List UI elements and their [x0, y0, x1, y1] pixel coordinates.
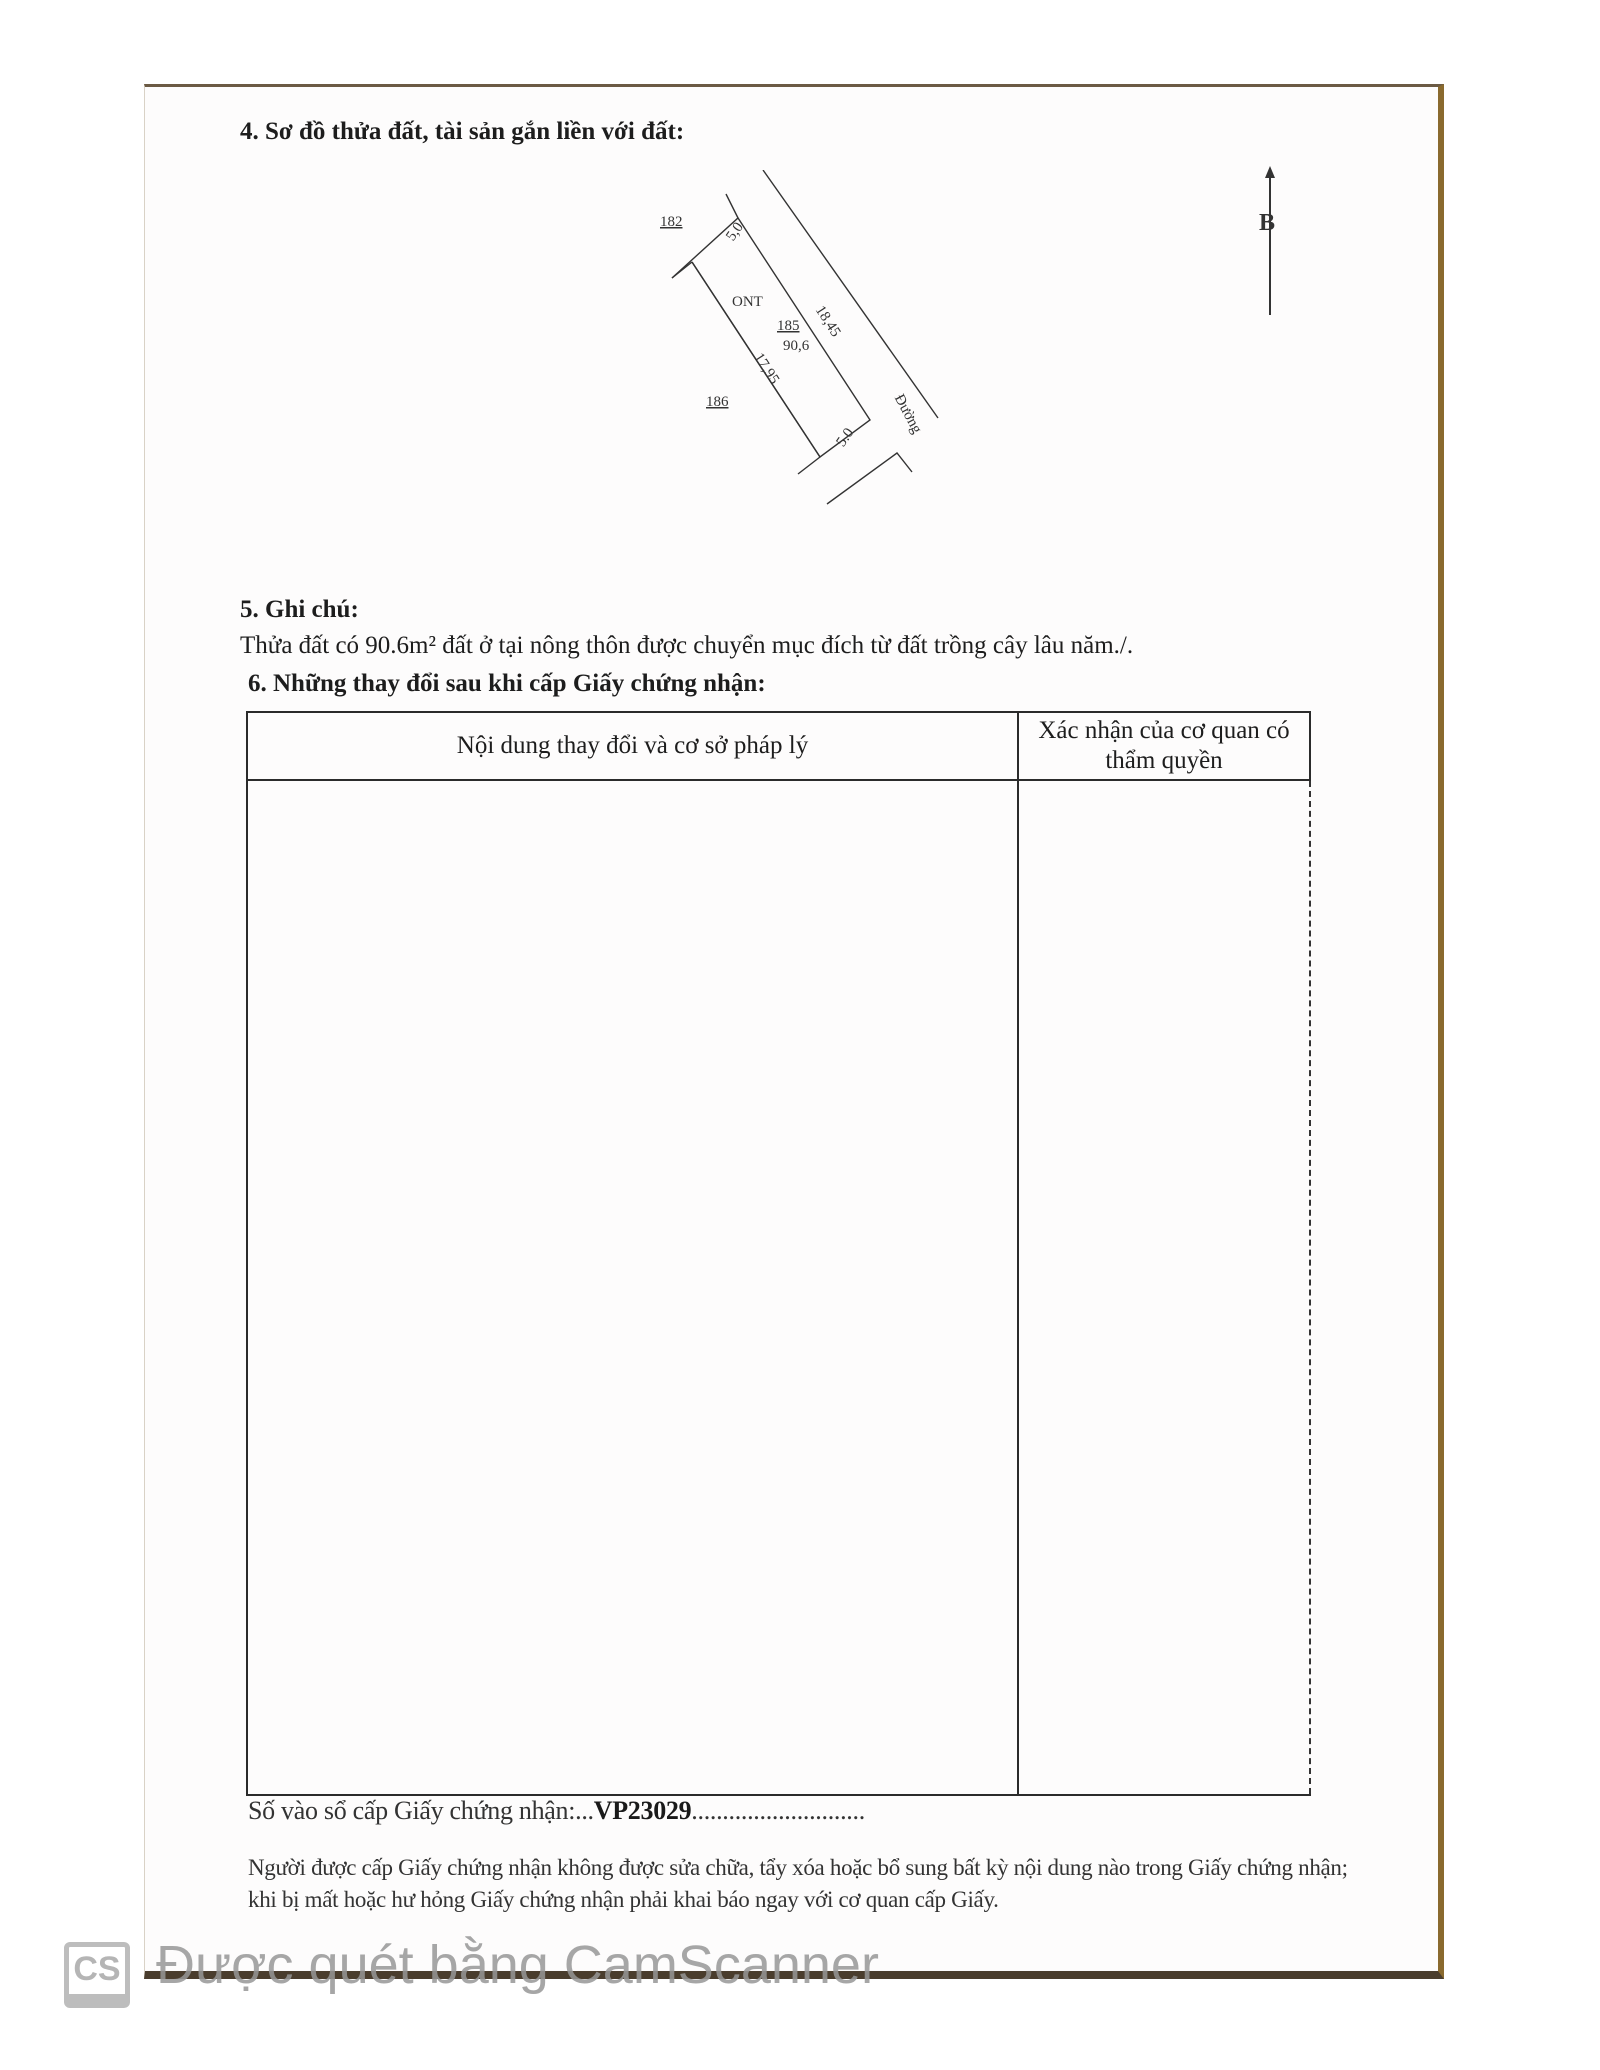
neighbor-parcel-182: 182: [660, 214, 683, 230]
side-right-length: 18,45: [812, 303, 844, 340]
parcel-number: 185: [777, 318, 800, 334]
registration-dots: ............................: [691, 1796, 865, 1825]
land-parcel-sketch: 182 5,0 ONT 185 90,6 18,45 17,95 186 5.0…: [620, 170, 940, 510]
change-content-cell: [247, 780, 1018, 1795]
side-top-length: 5,0: [723, 220, 747, 245]
registration-number-line: Số vào sổ cấp Giấy chứng nhận:...VP23029…: [248, 1796, 865, 1826]
neighbor-parcel-186: 186: [706, 394, 729, 410]
registration-number: VP23029: [594, 1796, 692, 1825]
side-left-length: 17,95: [750, 350, 782, 387]
camscanner-logo-icon: CS: [64, 1942, 130, 2008]
authority-confirmation-cell: [1018, 780, 1310, 1795]
section-5-title: 5. Ghi chú:: [240, 596, 359, 624]
camscanner-watermark-text: Được quét bằng CamScanner: [156, 1934, 879, 1996]
section-5-note: Thửa đất có 90.6m² đất ở tại nông thôn đ…: [240, 632, 1133, 660]
land-type: ONT: [732, 294, 763, 310]
north-arrow-icon: B: [1240, 160, 1300, 330]
parcel-area: 90,6: [783, 338, 810, 354]
header-authority-confirmation: Xác nhận của cơ quan có thẩm quyền: [1018, 712, 1310, 780]
north-label: B: [1259, 210, 1275, 236]
road-label: Đường: [891, 392, 925, 437]
parcel-boundary: [672, 218, 870, 457]
table-row: [247, 780, 1310, 1795]
certificate-notice: Người được cấp Giấy chứng nhận không đượ…: [248, 1852, 1348, 1916]
side-bottom-length: 5.0: [833, 425, 857, 450]
registration-label: Số vào sổ cấp Giấy chứng nhận:...: [248, 1796, 594, 1825]
section-4-title: 4. Sơ đồ thửa đất, tài sản gắn liền với …: [240, 118, 684, 146]
section-6-title: 6. Những thay đổi sau khi cấp Giấy chứng…: [248, 670, 766, 698]
changes-table: Nội dung thay đổi và cơ sở pháp lý Xác n…: [246, 711, 1311, 1796]
header-change-content: Nội dung thay đổi và cơ sở pháp lý: [247, 712, 1018, 780]
